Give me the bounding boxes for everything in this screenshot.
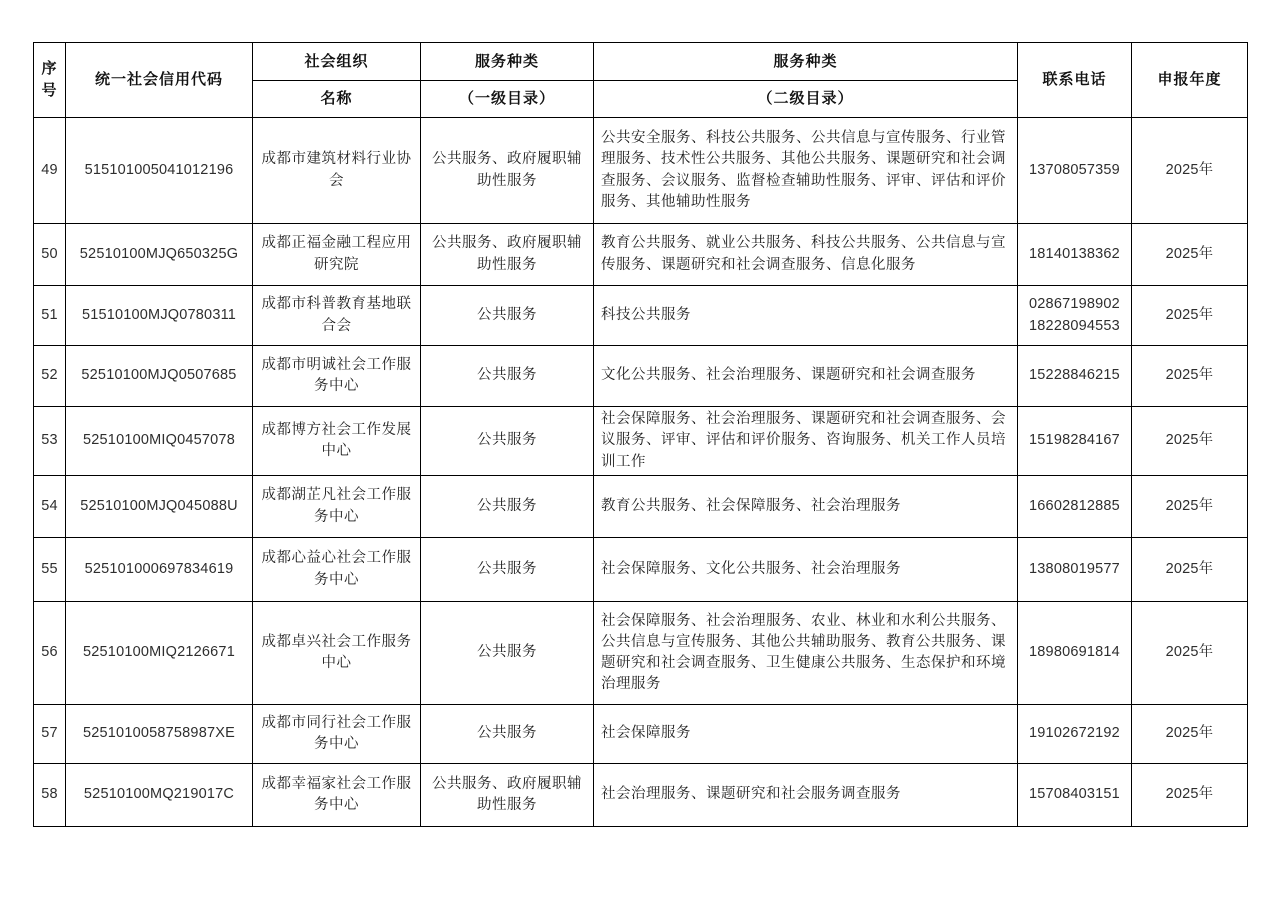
cell-service-level2: 教育公共服务、社会保障服务、社会治理服务 (594, 476, 1018, 538)
cell-phone: 15198284167 (1018, 407, 1132, 476)
cell-credit-code: 52510100MQ219017C (66, 764, 253, 827)
cell-seq: 51 (34, 286, 66, 346)
cell-org-name: 成都正福金融工程应用研究院 (253, 224, 421, 286)
cell-seq: 49 (34, 118, 66, 224)
cell-credit-code: 52510100MIQ0457078 (66, 407, 253, 476)
cell-credit-code: 515101005041012196 (66, 118, 253, 224)
header-row-top: 序号 统一社会信用代码 社会组织 服务种类 服务种类 联系电话 申报年度 (34, 43, 1248, 81)
table-row: 5452510100MJQ045088U成都湖芷凡社会工作服务中心公共服务教育公… (34, 476, 1248, 538)
cell-year: 2025年 (1132, 705, 1248, 764)
cell-phone: 18140138362 (1018, 224, 1132, 286)
cell-credit-code: 51510100MJQ0780311 (66, 286, 253, 346)
cell-service-level1: 公共服务、政府履职辅助性服务 (421, 224, 594, 286)
cell-year: 2025年 (1132, 346, 1248, 407)
table-row: 5852510100MQ219017C成都幸福家社会工作服务中心公共服务、政府履… (34, 764, 1248, 827)
table-row: 5652510100MIQ2126671成都卓兴社会工作服务中心公共服务社会保障… (34, 602, 1248, 705)
table-row: 55525101000697834619成都心益心社会工作服务中心公共服务社会保… (34, 538, 1248, 602)
header-phone: 联系电话 (1018, 43, 1132, 118)
header-org-subtitle: 名称 (253, 81, 421, 118)
cell-service-level2: 社会保障服务、文化公共服务、社会治理服务 (594, 538, 1018, 602)
header-service2-subtitle: （二级目录） (594, 81, 1018, 118)
header-org-title: 社会组织 (253, 43, 421, 81)
cell-org-name: 成都市同行社会工作服务中心 (253, 705, 421, 764)
cell-org-name: 成都湖芷凡社会工作服务中心 (253, 476, 421, 538)
cell-seq: 55 (34, 538, 66, 602)
cell-year: 2025年 (1132, 118, 1248, 224)
table-header: 序号 统一社会信用代码 社会组织 服务种类 服务种类 联系电话 申报年度 名称 … (34, 43, 1248, 118)
cell-service-level1: 公共服务 (421, 286, 594, 346)
cell-seq: 50 (34, 224, 66, 286)
header-service1-title: 服务种类 (421, 43, 594, 81)
header-credit-code: 统一社会信用代码 (66, 43, 253, 118)
cell-org-name: 成都市科普教育基地联合会 (253, 286, 421, 346)
cell-service-level1: 公共服务 (421, 407, 594, 476)
cell-service-level1: 公共服务、政府履职辅助性服务 (421, 764, 594, 827)
cell-seq: 52 (34, 346, 66, 407)
cell-year: 2025年 (1132, 602, 1248, 705)
cell-phone: 18980691814 (1018, 602, 1132, 705)
cell-org-name: 成都心益心社会工作服务中心 (253, 538, 421, 602)
cell-credit-code: 525101000697834619 (66, 538, 253, 602)
table-row: 575251010058758987XE成都市同行社会工作服务中心公共服务社会保… (34, 705, 1248, 764)
cell-service-level2: 社会保障服务、社会治理服务、农业、林业和水利公共服务、公共信息与宣传服务、其他公… (594, 602, 1018, 705)
cell-phone: 13708057359 (1018, 118, 1132, 224)
header-service2-title: 服务种类 (594, 43, 1018, 81)
cell-org-name: 成都幸福家社会工作服务中心 (253, 764, 421, 827)
cell-org-name: 成都卓兴社会工作服务中心 (253, 602, 421, 705)
cell-phone: 19102672192 (1018, 705, 1132, 764)
cell-org-name: 成都博方社会工作发展中心 (253, 407, 421, 476)
cell-service-level1: 公共服务 (421, 476, 594, 538)
cell-service-level2: 文化公共服务、社会治理服务、课题研究和社会调查服务 (594, 346, 1018, 407)
table-row: 5052510100MJQ650325G成都正福金融工程应用研究院公共服务、政府… (34, 224, 1248, 286)
table-row: 5252510100MJQ0507685成都市明诚社会工作服务中心公共服务文化公… (34, 346, 1248, 407)
cell-year: 2025年 (1132, 224, 1248, 286)
cell-credit-code: 52510100MJQ650325G (66, 224, 253, 286)
cell-seq: 58 (34, 764, 66, 827)
cell-service-level2: 科技公共服务 (594, 286, 1018, 346)
cell-phone: 02867198902 18228094553 (1018, 286, 1132, 346)
header-service1-subtitle: （一级目录） (421, 81, 594, 118)
cell-service-level2: 社会治理服务、课题研究和社会服务调查服务 (594, 764, 1018, 827)
cell-service-level1: 公共服务 (421, 705, 594, 764)
cell-org-name: 成都市明诚社会工作服务中心 (253, 346, 421, 407)
cell-org-name: 成都市建筑材料行业协会 (253, 118, 421, 224)
cell-year: 2025年 (1132, 286, 1248, 346)
cell-year: 2025年 (1132, 764, 1248, 827)
header-year: 申报年度 (1132, 43, 1248, 118)
cell-service-level1: 公共服务 (421, 602, 594, 705)
table-row: 5352510100MIQ0457078成都博方社会工作发展中心公共服务社会保障… (34, 407, 1248, 476)
cell-service-level2: 教育公共服务、就业公共服务、科技公共服务、公共信息与宣传服务、课题研究和社会调查… (594, 224, 1018, 286)
cell-credit-code: 52510100MIQ2126671 (66, 602, 253, 705)
document-page: 序号 统一社会信用代码 社会组织 服务种类 服务种类 联系电话 申报年度 名称 … (0, 0, 1280, 905)
cell-seq: 56 (34, 602, 66, 705)
cell-year: 2025年 (1132, 476, 1248, 538)
cell-seq: 53 (34, 407, 66, 476)
table-row: 49515101005041012196成都市建筑材料行业协会公共服务、政府履职… (34, 118, 1248, 224)
cell-phone: 13808019577 (1018, 538, 1132, 602)
cell-credit-code: 5251010058758987XE (66, 705, 253, 764)
table-row: 5151510100MJQ0780311成都市科普教育基地联合会公共服务科技公共… (34, 286, 1248, 346)
cell-year: 2025年 (1132, 407, 1248, 476)
cell-year: 2025年 (1132, 538, 1248, 602)
cell-phone: 15228846215 (1018, 346, 1132, 407)
cell-credit-code: 52510100MJQ0507685 (66, 346, 253, 407)
cell-seq: 57 (34, 705, 66, 764)
cell-service-level2: 社会保障服务 (594, 705, 1018, 764)
cell-service-level1: 公共服务 (421, 538, 594, 602)
org-service-table: 序号 统一社会信用代码 社会组织 服务种类 服务种类 联系电话 申报年度 名称 … (33, 42, 1248, 827)
cell-service-level1: 公共服务 (421, 346, 594, 407)
table-body: 49515101005041012196成都市建筑材料行业协会公共服务、政府履职… (34, 118, 1248, 827)
cell-phone: 15708403151 (1018, 764, 1132, 827)
cell-service-level2: 公共安全服务、科技公共服务、公共信息与宣传服务、行业管理服务、技术性公共服务、其… (594, 118, 1018, 224)
cell-service-level1: 公共服务、政府履职辅助性服务 (421, 118, 594, 224)
cell-credit-code: 52510100MJQ045088U (66, 476, 253, 538)
header-seq: 序号 (34, 43, 66, 118)
cell-service-level2: 社会保障服务、社会治理服务、课题研究和社会调查服务、会议服务、评审、评估和评价服… (594, 407, 1018, 476)
cell-seq: 54 (34, 476, 66, 538)
cell-phone: 16602812885 (1018, 476, 1132, 538)
